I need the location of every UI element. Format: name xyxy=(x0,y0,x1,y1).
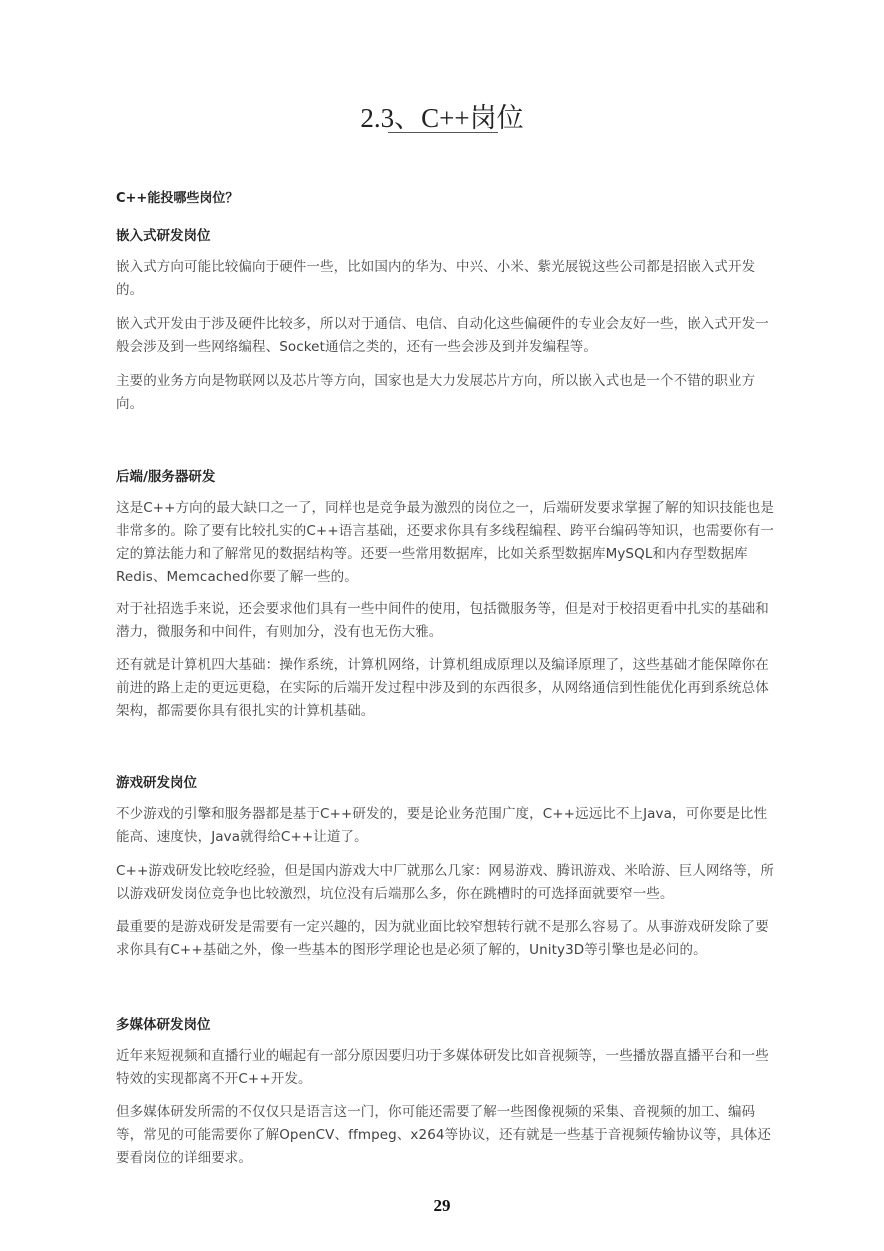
paragraph: 近年来短视频和直播行业的崛起有一部分原因要归功于多媒体研发比如音视频等，一些播放… xyxy=(116,1045,776,1091)
paragraph: 嵌入式开发由于涉及硬件比较多，所以对于通信、电信、自动化这些偏硬件的专业会友好一… xyxy=(116,313,776,359)
section-heading-backend: 后端/服务器研发 xyxy=(116,465,776,485)
section-heading-game: 游戏研发岗位 xyxy=(116,771,776,791)
paragraph: 但多媒体研发所需的不仅仅只是语言这一门，你可能还需要了解一些图像视频的采集、音视… xyxy=(116,1101,776,1170)
question-heading: C++能投哪些岗位？ xyxy=(116,187,776,206)
section-heading-multimedia: 多媒体研发岗位 xyxy=(116,1013,776,1033)
title-underline xyxy=(388,132,498,133)
page-number: 29 xyxy=(0,1196,884,1216)
paragraph: 最重要的是游戏研发是需要有一定兴趣的，因为就业面比较窄想转行就不是那么容易了。从… xyxy=(116,916,776,962)
paragraph: 还有就是计算机四大基础：操作系统，计算机网络，计算机组成原理以及编译原理了，这些… xyxy=(116,654,776,723)
paragraph: C++游戏研发比较吃经验，但是国内游戏大中厂就那么几家：网易游戏、腾讯游戏、米哈… xyxy=(116,860,776,906)
paragraph: 这是C++方向的最大缺口之一了，同样也是竞争最为激烈的岗位之一，后端研发要求掌握… xyxy=(116,497,776,589)
paragraph: 不少游戏的引擎和服务器都是基于C++研发的，要是论业务范围广度，C++远远比不上… xyxy=(116,803,776,849)
section-heading-embedded: 嵌入式研发岗位 xyxy=(116,224,776,244)
paragraph: 对于社招选手来说，还会要求他们具有一些中间件的使用，包括微服务等，但是对于校招更… xyxy=(116,598,776,644)
paragraph: 嵌入式方向可能比较偏向于硬件一些，比如国内的华为、中兴、小米、紫光展锐这些公司都… xyxy=(116,256,776,302)
page-title: 2.3、C++岗位 xyxy=(0,96,884,135)
paragraph: 主要的业务方向是物联网以及芯片等方向，国家也是大力发展芯片方向，所以嵌入式也是一… xyxy=(116,370,776,416)
